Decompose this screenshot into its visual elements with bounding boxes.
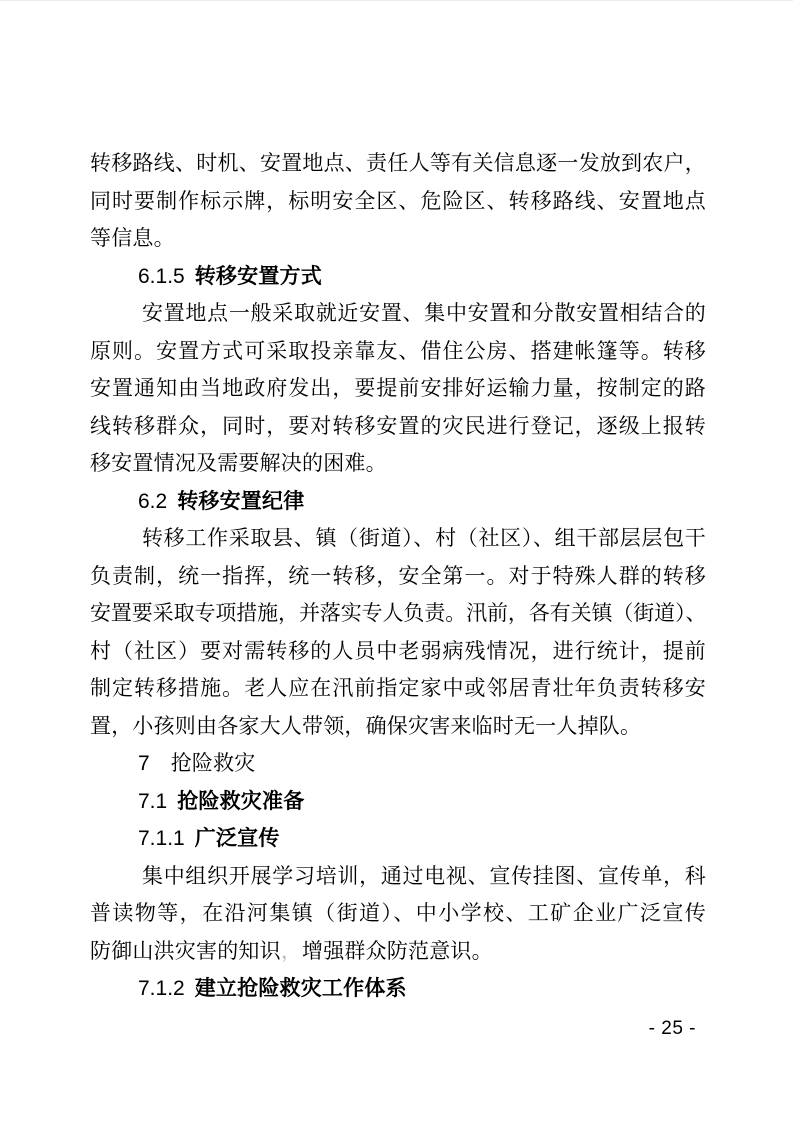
heading-number: 7.1 [138,790,167,813]
heading-6.2: 6.2转移安置纪律 [90,483,706,521]
heading-number: 6.1.5 [138,265,185,288]
text-line: 村（社区）要对需转移的人员中老弱病残情况，进行统计，提前 [90,633,706,671]
heading-label: 建立抢险救灾工作体系 [195,977,407,1000]
text-line: 安置要采取专项措施，并落实专人负责。汛前，各有关镇（街道）、 [90,595,706,633]
text-line: 置，小孩则由各家大人带领，确保灾害来临时无一人掉队。 [90,708,706,746]
text-line: 等信息。 [90,220,706,258]
text-line: 转移工作采取县、镇（街道）、村（社区）、组干部层层包干 [90,520,706,558]
heading-7: 7抢险救灾 [90,745,706,783]
text-line: 防御山洪灾害的知识，增强群众防范意识。 [90,933,706,971]
heading-label: 转移安置纪律 [177,490,304,513]
faded-comma: ， [281,940,302,963]
text-line: 线转移群众，同时，要对转移安置的灾民进行登记，逐级上报转 [90,408,706,446]
text-line: 安置地点一般采取就近安置、集中安置和分散安置相结合的 [90,295,706,333]
text-line: 负责制，统一指挥，统一转移，安全第一。对于特殊人群的转移 [90,558,706,596]
text-run: 增强群众防范意识。 [302,940,493,963]
text-line: 普读物等，在沿河集镇（街道）、中小学校、工矿企业广泛宣传 [90,895,706,933]
document-content: 转移路线、时机、安置地点、责任人等有关信息逐一发放到农户，同时要制作标示牌，标明… [90,145,706,1008]
heading-number: 7.1.2 [138,977,185,1000]
text-run: 防御山洪灾害的知识 [90,940,281,963]
heading-number: 7 [138,752,150,775]
text-line: 制定转移措施。老人应在汛前指定家中或邻居青壮年负责转移安 [90,670,706,708]
text-line: 安置通知由当地政府发出，要提前安排好运输力量，按制定的路 [90,370,706,408]
heading-label: 抢险救灾 [171,752,256,775]
page-number: - 25 - [649,1018,696,1040]
heading-7.1.2: 7.1.2建立抢险救灾工作体系 [90,970,706,1008]
heading-label: 广泛宣传 [195,827,280,850]
text-line: 移安置情况及需要解决的困难。 [90,445,706,483]
heading-label: 抢险救灾准备 [177,790,304,813]
heading-number: 7.1.1 [138,827,185,850]
heading-7.1.1: 7.1.1广泛宣传 [90,820,706,858]
document-page: 转移路线、时机、安置地点、责任人等有关信息逐一发放到农户，同时要制作标示牌，标明… [0,0,793,1122]
text-line: 集中组织开展学习培训，通过电视、宣传挂图、宣传单，科 [90,858,706,896]
heading-label: 转移安置方式 [195,265,322,288]
text-line: 转移路线、时机、安置地点、责任人等有关信息逐一发放到农户， [90,145,706,183]
text-line: 同时要制作标示牌，标明安全区、危险区、转移路线、安置地点 [90,183,706,221]
heading-7.1: 7.1抢险救灾准备 [90,783,706,821]
text-line: 原则。安置方式可采取投亲靠友、借住公房、搭建帐篷等。转移 [90,333,706,371]
heading-number: 6.2 [138,490,167,513]
heading-6.1.5: 6.1.5转移安置方式 [90,258,706,296]
